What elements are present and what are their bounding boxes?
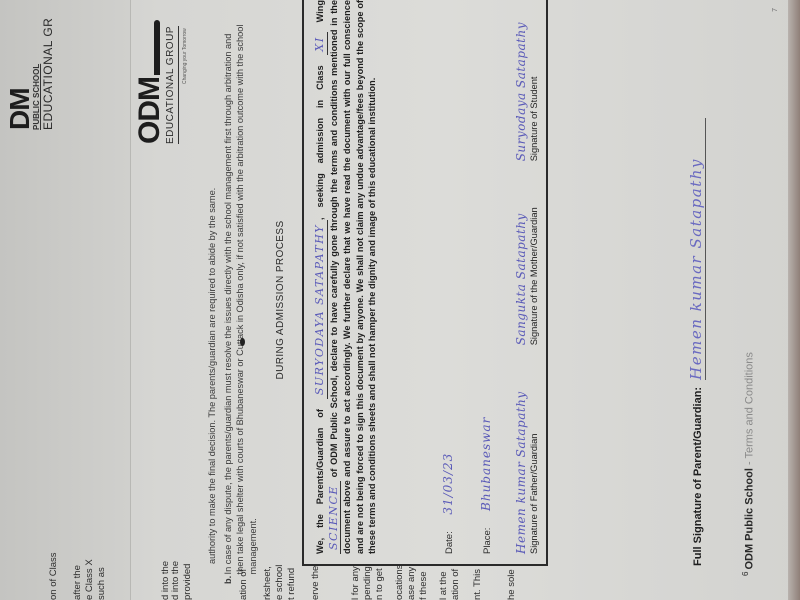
footer-separator: -: [744, 459, 756, 469]
page-edge: [788, 0, 800, 600]
logo-tagline: Changing your Tomorrow: [179, 4, 192, 84]
previous-page: DM PUBLIC SCHOOL EDUCATIONAL GR on of Cl…: [0, 0, 130, 600]
text-fragment: after the: [72, 565, 83, 600]
signature-father: Hemen kumar Satapathy Signature of Fathe…: [515, 391, 540, 554]
hole-punch-mark: [240, 338, 245, 346]
signature-handwriting: Hemen kumar Satapathy: [515, 391, 528, 554]
page-number: 6: [741, 572, 750, 576]
signature-handwriting: Sangukta Satapathy: [515, 207, 528, 345]
document-page: ODM EDUCATIONAL GROUP Changing your Tomo…: [130, 0, 790, 600]
footer-section: Terms and Conditions: [744, 352, 756, 458]
declaration-part: Wing: [315, 0, 325, 22]
logo-group-text: EDUCATIONAL GR: [41, 18, 55, 130]
section-title: DURING ADMISSION PROCESS: [275, 0, 288, 600]
footer-school: ODM Public School: [744, 468, 756, 569]
declaration-box: We, the Parents/Guardian of SURYODAYA SA…: [302, 0, 548, 566]
student-name-handwriting: SURYODAYA SATAPATHY: [313, 224, 326, 395]
place-handwriting: Bhubaneswar: [479, 417, 493, 511]
signature-label: Signature of Father/Guardian: [529, 434, 539, 554]
signature-handwriting: Suryodaya Satapathy: [515, 22, 528, 161]
signature-student: Suryodaya Satapathy Signature of Student: [515, 22, 540, 161]
signature-mother: Sangukta Satapathy Signature of the Moth…: [515, 207, 540, 345]
logo-swoosh-icon: [154, 20, 160, 75]
full-signature-label: Full Signature of Parent/Guardian:: [692, 387, 704, 566]
text-fragment: on of Class: [48, 552, 59, 600]
item-text: In case of any dispute, the parents/guar…: [222, 24, 260, 574]
full-signature: Full Signature of Parent/Guardian: Hemen…: [690, 118, 705, 566]
place-field: Place: Bhubaneswar: [480, 417, 495, 554]
logo-subtitle: EDUCATIONAL GROUP: [165, 26, 179, 144]
date-field: Date: 31/03/23: [442, 453, 457, 554]
intro-line-a: authority to make the final decision. Th…: [206, 24, 219, 564]
date-label: Date:: [444, 531, 455, 554]
declaration-part: , seeking admission in Class: [315, 65, 325, 220]
item-label: b.: [222, 574, 260, 584]
logo-small-text: PUBLIC SCHOOL: [32, 18, 41, 130]
class-handwriting: XI: [313, 36, 326, 51]
signature-label: Signature of the Mother/Guardian: [529, 207, 539, 345]
signature-row: Hemen kumar Satapathy Signature of Fathe…: [515, 2, 540, 554]
declaration-part: We, the Parents/Guardian of: [315, 409, 325, 554]
declaration-text: We, the Parents/Guardian of SURYODAYA SA…: [314, 0, 379, 554]
previous-page-logo: DM PUBLIC SCHOOL EDUCATIONAL GR: [4, 18, 55, 130]
intro-text: authority to make the final decision. Th…: [206, 24, 259, 584]
text-fragment: such as: [96, 567, 107, 600]
date-handwriting: 31/03/23: [441, 453, 455, 515]
text-fragment: e Class X: [84, 559, 95, 600]
next-page-number: 7: [770, 8, 783, 12]
brand-logo: ODM EDUCATIONAL GROUP Changing your Tomo…: [136, 4, 191, 144]
logo-text: DM: [4, 88, 35, 130]
declaration-part: of ODM Public School, declare to have ca…: [329, 0, 378, 554]
logo-text: ODM: [133, 77, 166, 144]
page-footer: 6ODM Public School - Terms and Condition…: [740, 352, 756, 576]
wing-handwriting: SCIENCE: [327, 485, 340, 550]
signature-label: Signature of Student: [529, 77, 539, 162]
place-label: Place:: [482, 528, 493, 554]
full-signature-handwriting: Hemen kumar Satapathy: [687, 118, 706, 380]
intro-item-b: b. In case of any dispute, the parents/g…: [222, 24, 260, 584]
